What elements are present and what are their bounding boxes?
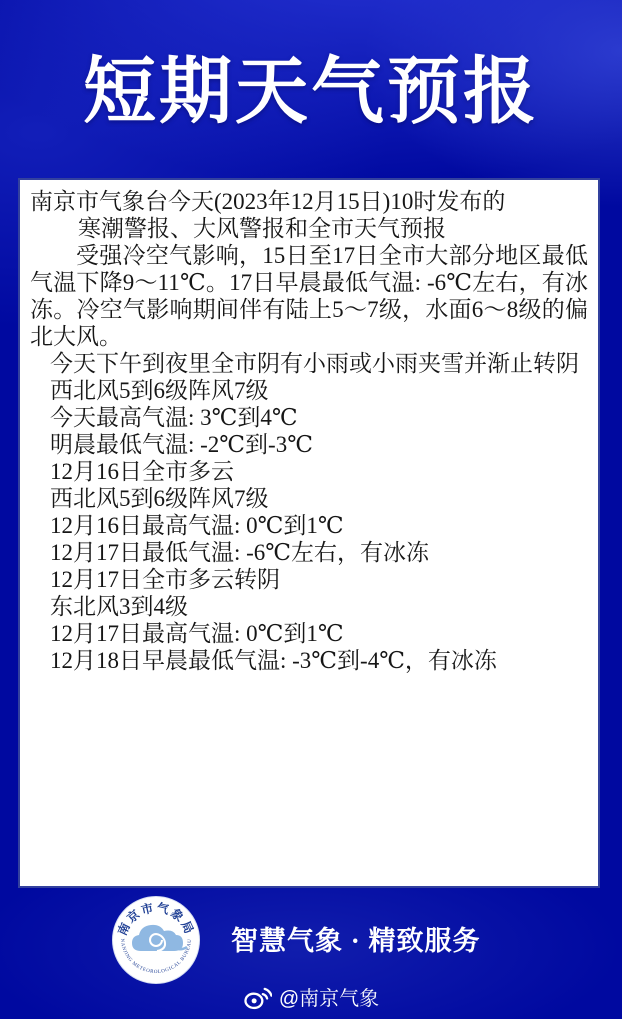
weibo-handle-text: @南京气象 xyxy=(279,988,379,1010)
nanjing-meteorological-bureau-logo: 南京市气象局 NANJING METEOROLOGICAL BUREAU xyxy=(112,896,200,984)
day3-sky-line: 12月17日全市多云转阴 xyxy=(30,566,588,593)
weather-bulletin-poster: 短期天气预报 南京市气象台今天(2023年12月15日)10时发布的 寒潮警报、… xyxy=(0,0,622,1019)
subject-line: 寒潮警报、大风警报和全市天气预报 xyxy=(30,215,588,242)
weibo-icon xyxy=(243,986,272,1011)
today-sky-line: 今天下午到夜里全市阴有小雨或小雨夹雪并渐止转阴 xyxy=(30,350,588,377)
slogan-text: 智慧气象 · 精致服务 xyxy=(231,919,481,958)
day2-sky-line: 12月16日全市多云 xyxy=(30,458,588,485)
today-wind-line: 西北风5到6级阵风7级 xyxy=(30,377,588,404)
today-high-line: 今天最高气温: 3℃到4℃ xyxy=(30,404,588,431)
day2-low-line: 12月17日最低气温: -6℃左右，有冰冻 xyxy=(30,539,588,566)
summary-paragraph: 受强冷空气影响，15日至17日全市大部分地区最低气温下降9～11℃。17日早晨最… xyxy=(30,242,588,350)
day2-high-line: 12月16日最高气温: 0℃到1℃ xyxy=(30,512,588,539)
day3-wind-line: 东北风3到4级 xyxy=(30,593,588,620)
page-title: 短期天气预报 xyxy=(0,50,622,130)
issued-line: 南京市气象台今天(2023年12月15日)10时发布的 xyxy=(30,188,588,215)
bulletin-panel: 南京市气象台今天(2023年12月15日)10时发布的 寒潮警报、大风警报和全市… xyxy=(18,178,600,888)
day2-wind-line: 西北风5到6级阵风7级 xyxy=(30,485,588,512)
weibo-credit: @南京气象 xyxy=(0,982,622,1011)
day3-high-line: 12月17日最高气温: 0℃到1℃ xyxy=(30,620,588,647)
day3-low-line: 12月18日早晨最低气温: -3℃到-4℃，有冰冻 xyxy=(30,647,588,674)
today-low-line: 明晨最低气温: -2℃到-3℃ xyxy=(30,431,588,458)
